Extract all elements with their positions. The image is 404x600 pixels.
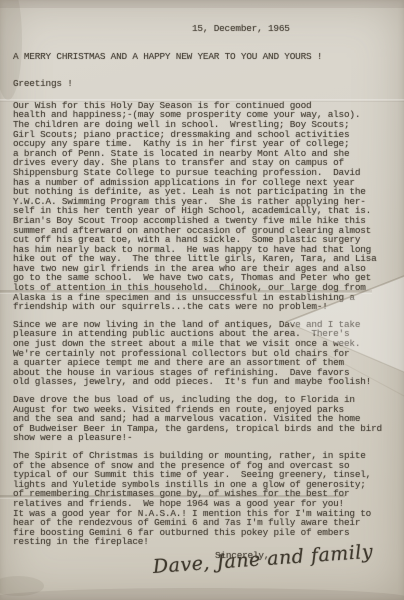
handwritten-signature: Dave, Jane and family [153,546,396,573]
letter-line: show were a pleasure!- [13,433,396,443]
letter-page: 15, December, 1965 A MERRY CHRISTMAS AND… [0,0,404,600]
letter-paragraph: Since we are now living in the land of a… [13,320,396,387]
letter-paragraph: Our Wish for this Holy Day Season is for… [13,101,396,312]
letter-line: friendship with our squirrels...the cats… [13,302,396,312]
letter-body: 15, December, 1965 A MERRY CHRISTMAS AND… [0,0,404,600]
letter-line: old glasses, jewelry, and odd pieces. It… [13,377,396,387]
letter-date: 15, December, 1965 [192,24,396,34]
letter-paragraph: Dave drove the bus load of us, including… [13,395,396,443]
letter-greeting: Greetings ! [13,79,396,89]
letter-salutation: A MERRY CHRISTMAS AND A HAPPY NEW YEAR T… [13,52,396,62]
letter-paragraph: The Spirit of Christmas is building or m… [13,451,396,547]
